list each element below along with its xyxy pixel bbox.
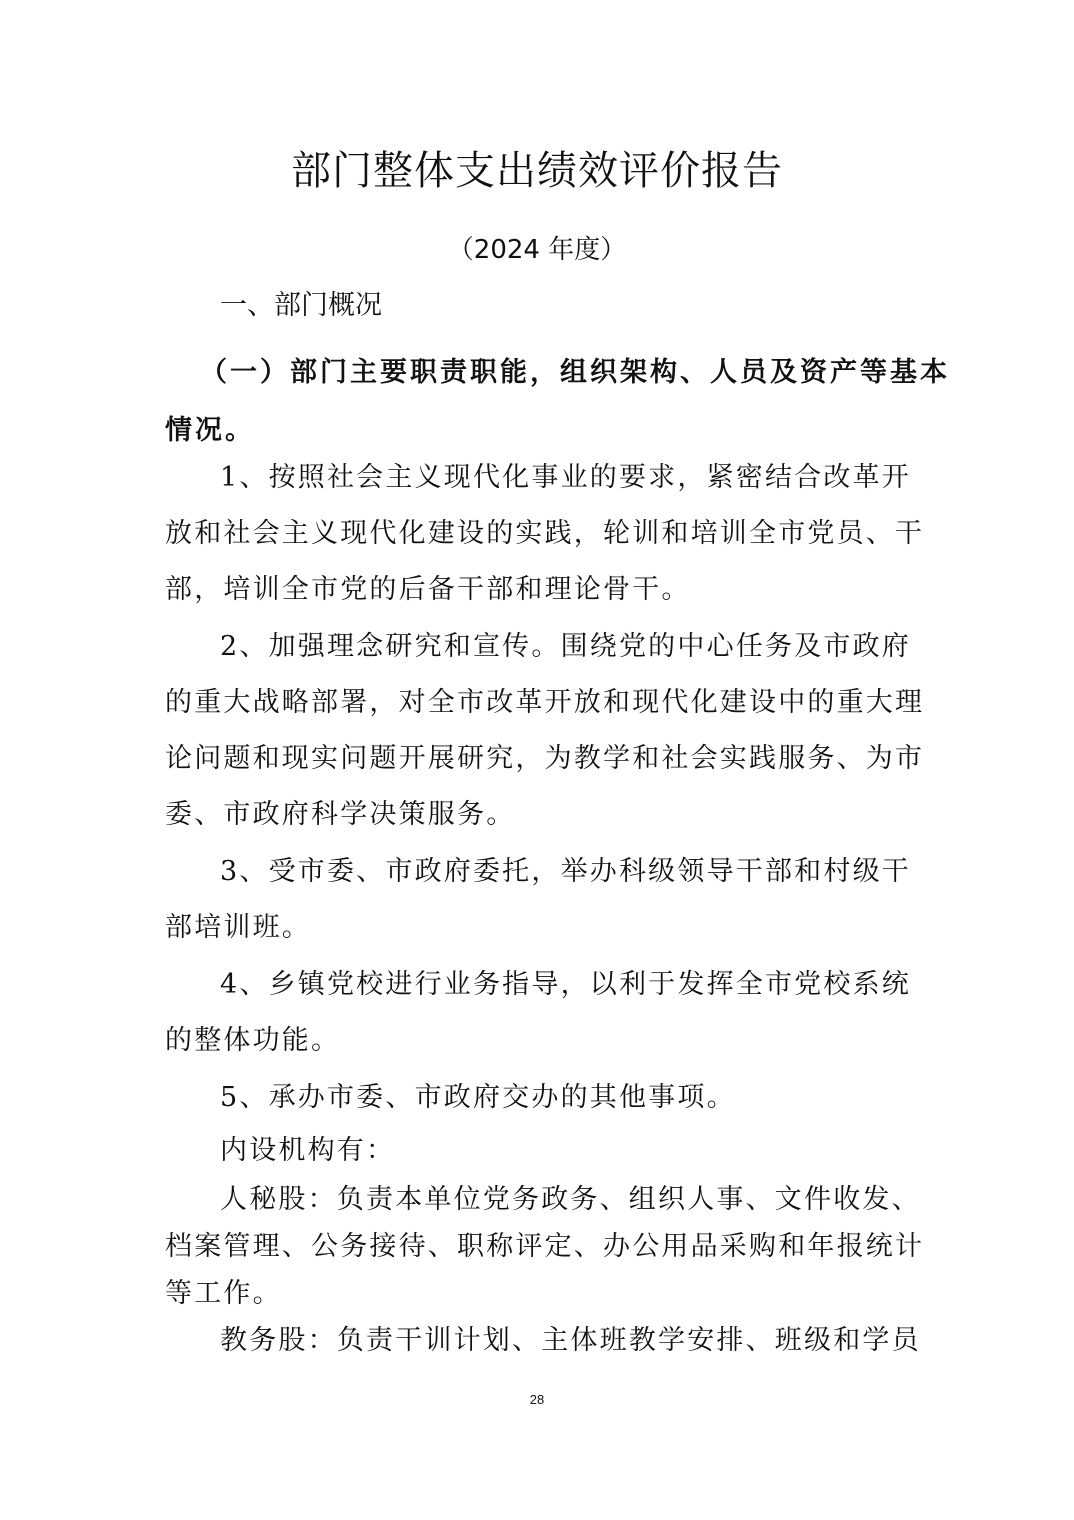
paragraph-line: 内设机构有： (165, 1126, 915, 1176)
paragraph-personnel-secretariat-unit: 人秘股：负责本单位党务政务、组织人事、文件收发、 档案管理、公务接待、职称评定、… (165, 1176, 915, 1317)
paragraph-line: 3、受市委、市政府委托，举办科级领导干部和村级干 (165, 844, 915, 900)
paragraph-duty-2: 2、加强理念研究和宣传。围绕党的中心任务及市政府 的重大战略部署，对全市改革开放… (165, 619, 915, 843)
paragraph-line: 部，培训全市党的后备干部和理论骨干。 (165, 562, 915, 618)
paragraph-line: 5、承办市委、市政府交办的其他事项。 (165, 1070, 915, 1126)
subsection-heading-line: （一）部门主要职责职能，组织架构、人员及资产等基本 (200, 344, 915, 402)
paragraph-line: 的整体功能。 (165, 1013, 915, 1069)
report-title: 部门整体支出绩效评价报告 (0, 143, 1074, 199)
paragraph-line: 教务股：负责干训计划、主体班教学安排、班级和学员 (165, 1316, 915, 1366)
paragraph-duty-4: 4、乡镇党校进行业务指导，以利于发挥全市党校系统 的整体功能。 (165, 957, 915, 1069)
report-year: （2024 年度） (0, 230, 1074, 270)
paragraph-line: 放和社会主义现代化建设的实践，轮训和培训全市党员、干 (165, 506, 915, 562)
paragraph-internal-units-intro: 内设机构有： (165, 1126, 915, 1176)
paragraph-line: 档案管理、公务接待、职称评定、办公用品采购和年报统计 (165, 1223, 915, 1270)
paragraph-line: 2、加强理念研究和宣传。围绕党的中心任务及市政府 (165, 619, 915, 675)
page-number: 28 (0, 1392, 1074, 1407)
paragraph-line: 1、按照社会主义现代化事业的要求，紧密结合改革开 (165, 450, 915, 506)
paragraph-line: 部培训班。 (165, 900, 915, 956)
paragraph-academic-affairs-unit: 教务股：负责干训计划、主体班教学安排、班级和学员 (165, 1316, 915, 1366)
subsection-heading-duties: （一）部门主要职责职能，组织架构、人员及资产等基本 情况。 (165, 344, 915, 460)
paragraph-duty-3: 3、受市委、市政府委托，举办科级领导干部和村级干 部培训班。 (165, 844, 915, 956)
paragraph-duty-5: 5、承办市委、市政府交办的其他事项。 (165, 1070, 915, 1126)
paragraph-line: 4、乡镇党校进行业务指导，以利于发挥全市党校系统 (165, 957, 915, 1013)
paragraph-line: 论问题和现实问题开展研究，为教学和社会实践服务、为市 (165, 731, 915, 787)
paragraph-line: 委、市政府科学决策服务。 (165, 787, 915, 843)
paragraph-duty-1: 1、按照社会主义现代化事业的要求，紧密结合改革开 放和社会主义现代化建设的实践，… (165, 450, 915, 618)
section-heading-department-overview: 一、部门概况 (220, 286, 382, 326)
document-page: 部门整体支出绩效评价报告 （2024 年度） 一、部门概况 （一）部门主要职责职… (0, 0, 1074, 1520)
paragraph-line: 人秘股：负责本单位党务政务、组织人事、文件收发、 (165, 1176, 915, 1223)
paragraph-line: 的重大战略部署，对全市改革开放和现代化建设中的重大理 (165, 675, 915, 731)
paragraph-line: 等工作。 (165, 1270, 915, 1317)
